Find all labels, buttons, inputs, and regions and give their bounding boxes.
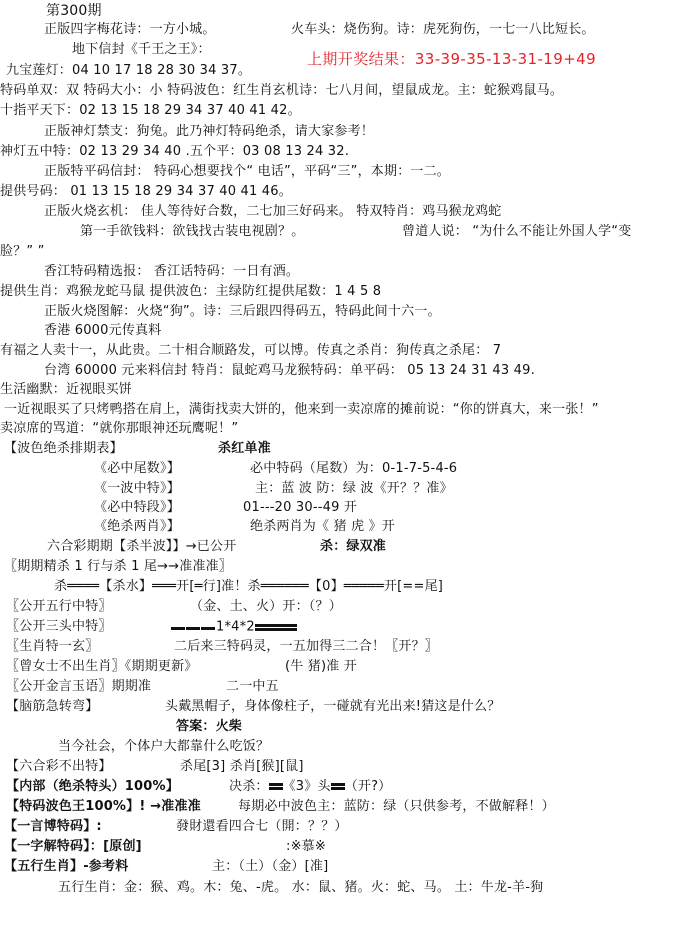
no-special-value: 杀尾[3] 杀肖[猴][鼠] (180, 758, 304, 776)
kill-section-title: 〖期期精杀 1 行与杀 1 尾→→准准准〗 (4, 558, 232, 576)
taiwan-envelope: 台湾 60000 元来料信封 特肖：鼠蛇鸡马龙猴特码：单平码： 05 13 24… (44, 362, 535, 380)
one-char-value: :※慕※ (286, 838, 326, 856)
wave-table-title-right: 杀红单准 (218, 440, 271, 458)
plum-poem: 正版四字梅花诗：一方小城。 (44, 21, 216, 39)
hongkong-pick: 香江特码精选报： 香江话特码：一日有酒。 (44, 263, 299, 281)
three-heads-value: 1*4*2 (171, 618, 297, 637)
ten-fingers: 十指平天下：02 13 15 18 29 34 37 40 41 42。 (0, 102, 301, 120)
item-label: 【脑筋急转弯】 (6, 698, 98, 716)
wave-king-value: 每期必中波色主：蓝防：绿（只供参考，不做解释！） (238, 798, 555, 816)
half-wave-value: 杀：绿双准 (320, 538, 386, 556)
five-elem-value: 主：（土）（金）[准] (212, 858, 328, 876)
first-hand: 第一手欲钱料：欲钱找古装电视剧？。 (80, 223, 304, 241)
inner-label: 【内部（绝杀特头）100%】 (6, 778, 179, 796)
question-two: 当今社会，个体户大都靠什么吃饭？ (58, 738, 269, 756)
wave-row-label: 《绝杀两肖》】 (94, 518, 180, 536)
provided-numbers: 提供号码： 01 13 15 18 29 34 37 40 41 46。 (0, 183, 292, 201)
black-bars-icon (331, 782, 345, 791)
fire-diagram: 正版火烧图解：火烧“狗”。诗：三后跟四得码五，特码此间十六一。 (44, 303, 441, 321)
black-bars-icon (255, 623, 297, 632)
wave-row-label: 《必中特段》】 (94, 499, 180, 517)
black-bars-icon (269, 782, 283, 791)
inner-prefix: 决杀： (229, 779, 269, 794)
lotus-lamp: 九宝莲灯：04 10 17 18 28 30 34 37。 (6, 62, 251, 80)
issue-title: 第300期 (46, 2, 102, 20)
envelope-title: 地下信封《千王之王》： (72, 41, 211, 59)
wave-row-value: 绝杀两肖为《 猪 虎 》开 (250, 518, 395, 536)
last-result: 上期开奖结果：33-39-35-13-31-19+49 (307, 50, 596, 68)
wave-row-label: 《必中尾数》】 (94, 460, 180, 478)
item-label: 〖公开金言玉语〗期期准 (6, 678, 151, 696)
kill-section-line: 杀════【杀水】═══开[═行]准！杀══════【0】═════开[==尾] (54, 578, 443, 596)
wave-row-value: 主：蓝 波 防：绿 波《开？？准》 (255, 480, 453, 498)
last-result-label: 上期开奖结果： (307, 50, 415, 68)
train-head: 火车头：烧伤狗。诗：虎死狗伤，一七一八比短长。 (291, 21, 595, 39)
humor-line2: 卖凉席的骂道：“就你那眼神还玩鹰呢！” (0, 420, 238, 438)
taoist-says: 曾道人说： “为什么不能让外国人学“变 (402, 223, 631, 241)
fire-mystery: 正版火烧玄机： 佳人等待好合数，二七加三好码来。 特双特肖：鸡马猴龙鸡蛇 (44, 203, 501, 221)
face-change: 脸？” ” (0, 243, 45, 261)
hk-fax: 香港 6000元传真料 (44, 322, 161, 340)
special-envelope: 正版特平码信封： 特码心想要找个“ 电话”，平码“三”，本期：一二。 (44, 163, 450, 181)
one-word-label: 【一言博特码】: (4, 818, 102, 836)
item-value: 二后来三特码灵，一五加得三二合！〖开？〗 (174, 638, 438, 656)
item-label: 〖生肖特一玄〗 (6, 638, 98, 656)
five-elem-label: 【五行生肖】-参考料 (4, 858, 128, 876)
riddle-answer: 答案：火柴 (176, 718, 242, 736)
last-result-value: 33-39-35-13-31-19+49 (415, 50, 596, 68)
wave-row-label: 《一波中特》】 (94, 480, 180, 498)
item-value: (牛 猪)准 开 (285, 658, 357, 676)
no-special-label: 【六合彩不出特】 (6, 758, 112, 776)
five-elem-list: 五行生肖：金：猴、鸡。木：兔、-虎。 水：鼠、猪。火：蛇、马。 土：牛龙-羊-狗 (58, 879, 543, 897)
item-label: 〖公开三头中特〗 (6, 618, 112, 636)
provided-zodiac: 提供生肖：鸡猴龙蛇马鼠 提供波色：主绿防红提供尾数：1 4 5 8 (0, 283, 381, 301)
inner-value: 决杀：《3》头（开?） (229, 778, 391, 796)
half-wave-label: 六合彩期期【杀半波】】→已公开 (47, 538, 236, 556)
inner-suffix: （开?） (345, 779, 392, 794)
lamp-five: 神灯五中特：02 13 29 34 40 .五个平：03 08 13 24 32… (0, 143, 349, 161)
one-char-label: 【一字解特码】：[原创] (4, 838, 142, 856)
humor-line1: 一近视眼买了只烤鸭搭在肩上，满街找卖大饼的，他来到一卖凉席的摊前说：“你的饼真大… (4, 401, 599, 419)
odd-even-line: 特码单双：双 特码大小：小 特码波色：红生肖玄机诗：七八月间，望鼠成龙。主：蛇猴… (0, 82, 563, 100)
wave-king-label: 【特码波色王100%】! →准准准 (6, 798, 201, 816)
wave-row-value: 必中特码（尾数）为：0-1-7-5-4-6 (250, 460, 457, 478)
item-label: 〖曾女士不出生肖〗《期期更新》 (6, 658, 198, 676)
lamp-forbidden: 正版神灯禁支：狗兔。此乃神灯特码绝杀，请大家参考！ (44, 123, 374, 141)
wave-table-title: 【波色绝杀排期表】 (4, 440, 123, 458)
item-value: 头戴黑帽子，身体像柱子，一碰就有光出来!猜这是什么？ (165, 698, 500, 716)
item-label: 〖公开五行中特〗 (6, 598, 112, 616)
inner-mid: 《3》头 (283, 779, 331, 794)
item-value: 1*4*2 (216, 620, 255, 635)
black-bars-icon (171, 618, 216, 636)
one-word-value: 發財還看四合七（開：？？） (176, 818, 348, 836)
blessed-line: 有福之人卖十一，从此贵。二十相合顺路发，可以博。传真之杀肖：狗传真之杀尾： 7 (0, 342, 501, 360)
item-value: （金、土、火）开：（？） (190, 598, 342, 616)
item-value: 二一中五 (226, 678, 279, 696)
wave-row-value: 01---20 30--49 开 (243, 499, 357, 517)
humor-title: 生活幽默：近视眼买饼 (0, 381, 132, 399)
